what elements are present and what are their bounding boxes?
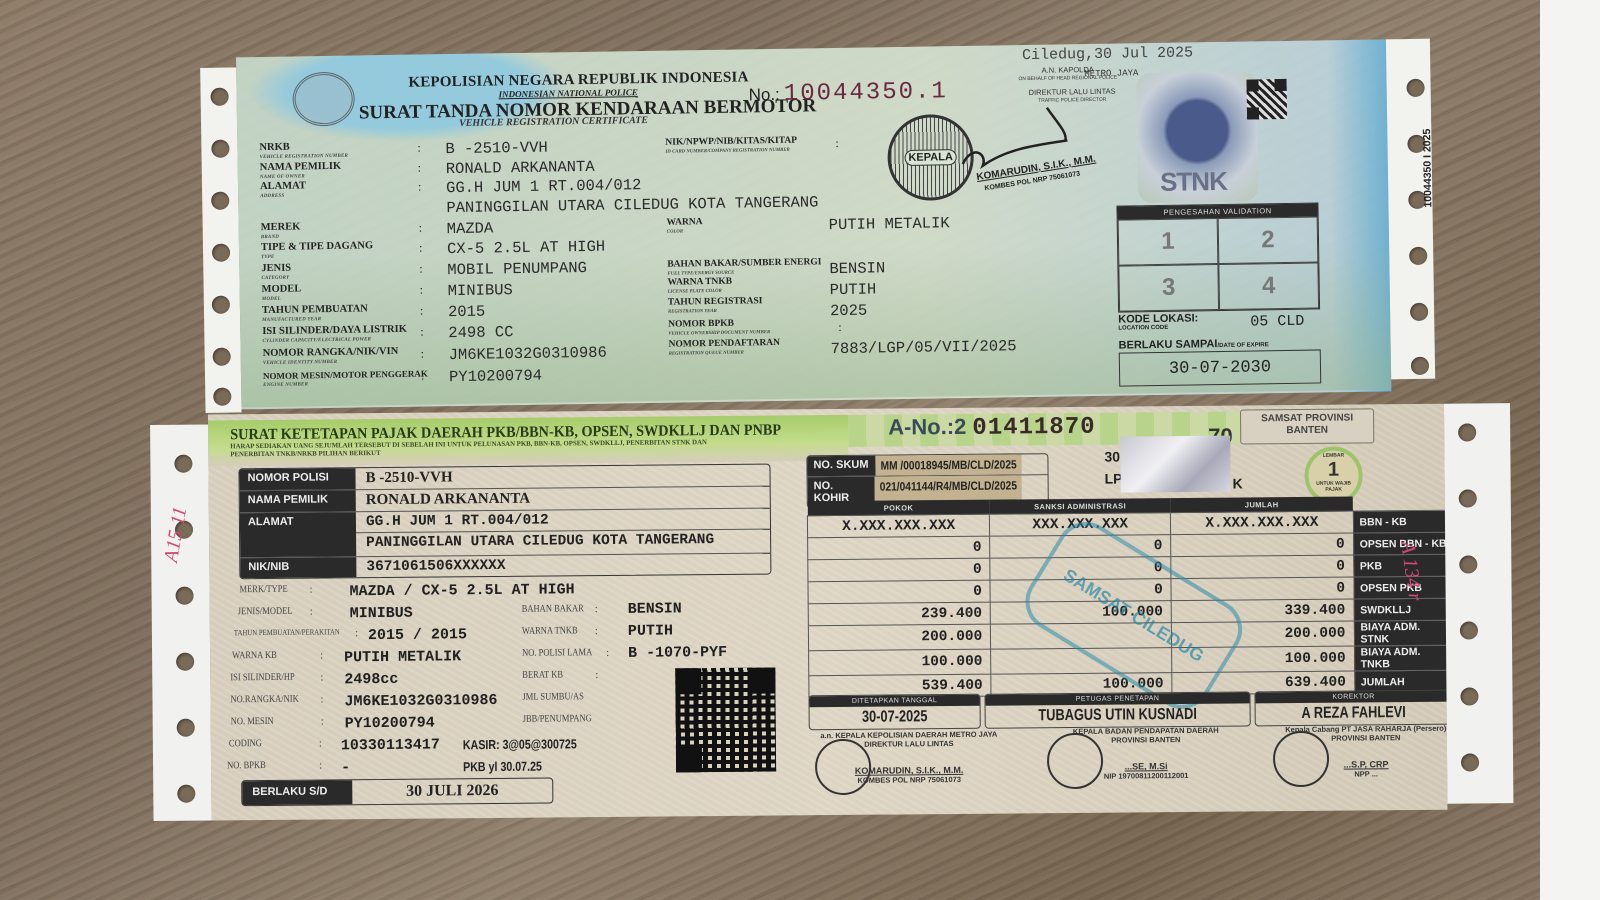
pokok-cell: 0 xyxy=(808,558,990,582)
no-mesin: PY10200794 xyxy=(345,715,435,733)
qr-code-icon xyxy=(675,668,776,773)
jumlah-cell: 0 xyxy=(1171,555,1353,579)
plate-number: B -2510-VVH xyxy=(355,465,769,490)
jumlah-cell: 0 xyxy=(1171,533,1353,557)
field-fuel: BENSIN xyxy=(829,259,885,278)
field-reg-number: 7883/LGP/05/VII/2025 xyxy=(831,337,1017,358)
field-label: BAHAN BAKAR/SUMBER ENERGIFUEL TYPE/ENERG… xyxy=(667,258,821,278)
pokok-cell: 239.400 xyxy=(808,602,990,626)
field-label: JENISCATEGORY xyxy=(261,264,291,284)
field-brand: MAZDA xyxy=(447,219,494,238)
field-label: TAHUN PEMBUATANMANUFACTURED YEAR xyxy=(262,304,368,326)
coding: 10330113417 xyxy=(341,736,440,754)
nik: 3671061506XXXXXX xyxy=(356,554,770,578)
warna-tnkb: PUTIH xyxy=(628,622,673,639)
field-owner: RONALD ARKANANTA xyxy=(446,158,595,178)
doc-number-value: 10044350.1 xyxy=(784,78,948,108)
assessment-date: 30-07-2025 xyxy=(827,706,963,729)
owner-address: GG.H JUM 1 RT.004/012PANINGGILAN UTARA C… xyxy=(356,509,770,557)
place-date: Ciledug,30 Jul 2025 xyxy=(1022,44,1193,64)
field-vin: JM6KE1032G0310986 xyxy=(449,344,607,364)
background-white-strip xyxy=(1540,0,1600,900)
field-model: MINIBUS xyxy=(448,281,513,300)
stnk-document: KEPOLISIAN NEGARA REPUBLIK INDONESIA IND… xyxy=(200,39,1436,418)
field-year: 2015 xyxy=(448,303,485,322)
tractor-feed-edge-right xyxy=(1444,403,1513,804)
pokok-cell: 200.000 xyxy=(808,624,991,651)
assessment-officer: TUBAGUS UTIN KUSNADI xyxy=(1012,704,1223,728)
location-code: 05 CLD xyxy=(1250,313,1304,331)
doc-number: No.: 10044350.1 xyxy=(748,78,948,108)
field-nrkb: B -2510-VVH xyxy=(445,139,548,159)
field-label: NRKBVEHICLE REGISTRATION NUMBER xyxy=(259,142,348,163)
jenis-model: MINIBUS xyxy=(350,605,413,623)
pokok-cell: 0 xyxy=(808,536,990,560)
tractor-feed-edge-right: 10044350 I 2025 xyxy=(1386,39,1435,380)
skpd-body: SURAT KETETAPAN PAJAK DAERAH PKB/BBN-KB,… xyxy=(208,404,1447,821)
validation-cell: 3 xyxy=(1118,264,1219,312)
doc-title-en: VEHICLE REGISTRATION CERTIFICATE xyxy=(459,115,648,129)
field-engine: PY10200794 xyxy=(449,367,542,386)
tax-row-label: BIAYA ADM. TNKB xyxy=(1354,645,1458,671)
field-label: TIPE & TIPE DAGANGTYPE xyxy=(261,241,373,263)
police-emblem-icon xyxy=(292,72,355,127)
field-address: GG.H JUM 1 RT.004/012 xyxy=(446,176,642,197)
field-label: NIK/NPWP/NIB/KITAS/KITAPID CARD NUMBER/C… xyxy=(665,137,797,157)
tractor-feed-edge-left xyxy=(150,424,211,820)
field-reg-year: 2025 xyxy=(830,302,867,321)
signature-jasa-raharja: Kepala Cabang PT JASA RAHARJA (Persero)P… xyxy=(1271,724,1461,780)
owner-identity-table: NOMOR POLISIB -2510-VVH NAMA PEMILIKRONA… xyxy=(238,464,771,580)
jumlah-cell: X.XXX.XXX.XXX xyxy=(1171,511,1353,535)
no-skum: MM /00018945/MB/CLD/2025 xyxy=(875,454,1021,475)
pokok-cell: X.XXX.XXX.XXX xyxy=(807,514,989,538)
no-polisi-lama: B -1070-PYF xyxy=(628,644,727,662)
corrector: A REZA FAHLEVI xyxy=(1275,702,1432,725)
signature-police: a.n. KEPALA KEPOLISIAN DAERAH METRO JAYA… xyxy=(809,730,1009,786)
form-number: A-No.:201411870 xyxy=(888,413,1096,443)
field-label: WARNACOLOR xyxy=(667,218,703,237)
owner-name: RONALD ARKANANTA xyxy=(356,487,770,512)
field-label: MODELMODEL xyxy=(262,284,302,305)
field-label: ALAMATADDRESS xyxy=(260,181,306,202)
field-label: MEREKBRAND xyxy=(261,222,301,243)
authority-region: METRO JAYA xyxy=(1084,69,1138,78)
stnk-body: KEPOLISIAN NEGARA REPUBLIK INDONESIA IND… xyxy=(236,39,1391,409)
field-plate-color: PUTIH xyxy=(830,280,877,299)
tahun: 2015 / 2015 xyxy=(368,626,467,644)
field-type: CX-5 2.5L AT HIGH xyxy=(447,238,605,258)
field-label: WARNA TNKBLICENSE PLATE COLOR xyxy=(668,278,733,297)
tractor-feed-edge-left xyxy=(200,67,241,413)
validation-grid: PENGESAHAN VALIDATION 1 2 3 4 xyxy=(1116,202,1320,312)
validation-cell: 4 xyxy=(1218,262,1319,310)
kasir-code: KASIR: 3@05@300725 xyxy=(463,736,577,752)
field-category: MOBIL PENUMPANG xyxy=(447,259,587,279)
skpd-tax-document: SURAT KETETAPAN PAJAK DAERAH PKB/BBN-KB,… xyxy=(150,403,1514,827)
field-address-2: PANINGGILAN UTARA CILEDUG KOTA TANGERANG xyxy=(446,193,818,217)
warna-kb: PUTIH METALIK xyxy=(344,648,461,666)
validation-cell: 2 xyxy=(1218,216,1319,264)
samsat-label: SAMSAT PROVINSI BANTEN xyxy=(1240,408,1374,444)
pokok-cell: 100.000 xyxy=(809,649,992,676)
field-label: ISI SILINDER/DAYA LISTRIKCYLINDER CAPACI… xyxy=(262,325,407,347)
field-label: NOMOR BPKBVEHICLE OWNERSHIP DOCUMENT NUM… xyxy=(668,319,770,339)
field-label: NOMOR RANGKA/NIK/VINVEHICLE IDENTITY NUM… xyxy=(263,347,399,369)
form-number-value: 01411870 xyxy=(972,414,1095,442)
hologram-foil-sticker xyxy=(1120,436,1230,493)
field-cylinder: 2498 CC xyxy=(448,323,513,342)
pokok-cell: 0 xyxy=(808,580,990,604)
isi-silinder: 2498cc xyxy=(344,671,398,688)
hologram-text: STNK xyxy=(1160,166,1227,198)
signature-bapenda: KEPALA BADAN PENDAPATAN DAERAHPROVINSI B… xyxy=(1041,725,1251,781)
valid-until: BERLAKU S/D 30 JULI 2026 xyxy=(241,777,553,806)
validation-cell: 1 xyxy=(1118,218,1219,266)
pkb-yl: PKB yl 30.07.25 xyxy=(463,759,542,775)
expire-label: BERLAKU SAMPAI/DATE OF EXPIRE xyxy=(1119,337,1269,351)
field-color: PUTIH METALIK xyxy=(829,214,950,234)
field-label: NOMOR PENDAFTARANREGISTRATION QUEUE NUMB… xyxy=(668,339,780,359)
valid-until-date: 30 JULI 2026 xyxy=(352,779,552,805)
tax-row-label: BIAYA ADM. STNK xyxy=(1354,620,1458,646)
no-rangka: JM6KE1032G0310986 xyxy=(344,692,497,710)
no-bpkb: - xyxy=(341,759,350,776)
expire-date: 30-07-2030 xyxy=(1119,349,1322,386)
bahan-bakar: BENSIN xyxy=(628,600,682,617)
tax-row-label: BBN - KB xyxy=(1353,510,1457,533)
merk-type: MAZDA / CX-5 2.5L AT HIGH xyxy=(349,581,574,600)
side-serial: 10044350 I 2025 xyxy=(1421,129,1434,208)
field-label: TAHUN REGISTRASIREGISTRATION YEAR xyxy=(668,297,763,316)
location-code-label: KODE LOKASI:LOCATION CODE xyxy=(1118,314,1198,333)
field-label: NOMOR MESIN/MOTOR PENGGERAKENGINE NUMBER xyxy=(263,368,428,391)
qr-code-icon xyxy=(1246,79,1287,120)
